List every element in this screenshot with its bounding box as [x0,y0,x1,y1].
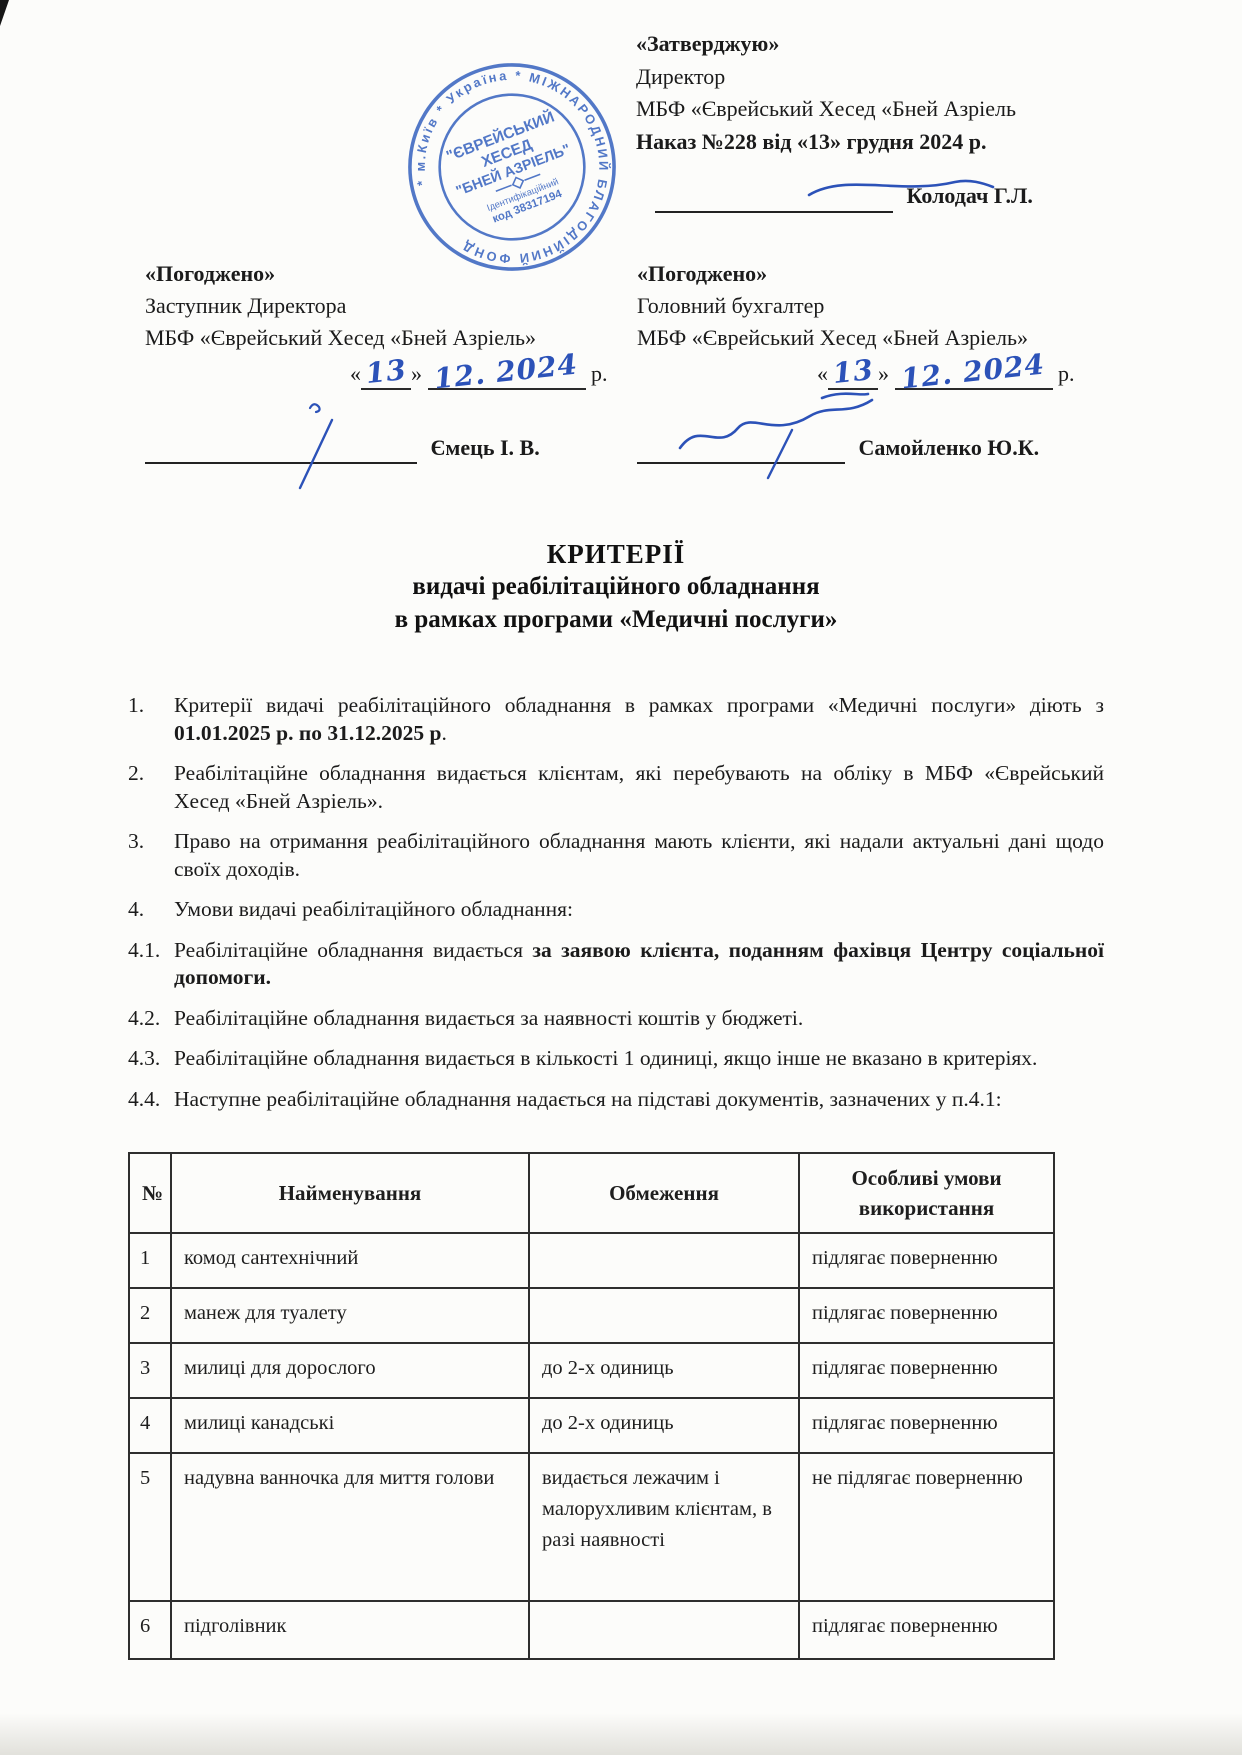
item-text-normal: Реабілітаційне обладнання видається за н… [174,1006,803,1030]
criteria-list: 1. Критерії видачі реабілітаційного обла… [128,692,1104,1113]
item-text-normal: Умови видачі реабілітаційного обладнання… [174,897,573,921]
signature-rule [145,438,417,464]
item-number: 4.2. [128,1005,174,1033]
cell-name: манеж для туалету [171,1288,529,1343]
scan-corner-artifact [0,0,9,26]
table-row: 1 комод сантехнічний підлягає поверненню [129,1233,1054,1288]
quote-open: « [817,361,828,386]
cell-terms: підлягає поверненню [799,1601,1054,1659]
item-number: 4.3. [128,1045,174,1073]
cell-name: милиці для дорослого [171,1343,529,1398]
handwritten-day: 13 [364,354,408,390]
item-number: 4.4. [128,1086,174,1114]
list-item: 4.1. Реабілітаційне обладнання видається… [128,937,1104,992]
approve-order: Наказ №228 від «13» грудня 2024 р. [636,126,1066,159]
agreed-org: МБФ «Єврейський Хесед «Бней Азріель» [145,322,615,354]
list-item: 4.4. Наступне реабілітаційне обладнання … [128,1086,1104,1114]
list-item: 1. Критерії видачі реабілітаційного обла… [128,692,1104,747]
cell-limit: видається лежачим і малорухливим клієнта… [529,1453,799,1601]
item-text-normal: Критерії видачі реабілітаційного обладна… [174,693,1104,717]
item-text-bold: 01.01.2025 р. по 31.12.2025 р [174,721,441,745]
table-row: 3 милиці для дорослого до 2-х одиниць пі… [129,1343,1054,1398]
handwritten-month-year: 12. 2024 [433,349,580,396]
approve-signature-line: Колодач Г.Л. [655,180,1066,213]
item-text: Реабілітаційне обладнання видається за н… [174,1005,1104,1033]
approve-label: «Затверджую» [636,28,1066,61]
table-row: 4 милиці канадські до 2-х одиниць підляг… [129,1398,1054,1453]
cell-terms: підлягає поверненню [799,1343,1054,1398]
cell-terms: підлягає поверненню [799,1398,1054,1453]
item-text: Реабілітаційне обладнання видається в кі… [174,1045,1104,1073]
item-text-normal: Реабілітаційне обладнання видається кліє… [174,761,1104,813]
cell-number: 4 [129,1398,171,1453]
approve-signer-name: Колодач Г.Л. [907,183,1033,208]
handwritten-day: 13 [831,354,875,390]
agreed-signer-name: Самойленко Ю.К. [859,435,1040,460]
quote-open: « [350,361,361,386]
scan-bottom-shading [0,1713,1242,1755]
document-title: КРИТЕРІЇ видачі реабілітаційного обладна… [128,538,1104,636]
cell-limit [529,1601,799,1659]
handwritten-signature [672,386,882,481]
approve-org: МБФ «Єврейський Хесед «Бней Азріель [636,93,1066,126]
item-text: Реабілітаційне обладнання видається кліє… [174,760,1104,815]
cell-number: 5 [129,1453,171,1601]
header-name: Найменування [171,1153,529,1233]
cell-terms: підлягає поверненню [799,1288,1054,1343]
agreed-label: «Погоджено» [637,258,1107,290]
item-text: Реабілітаційне обладнання видається за з… [174,937,1104,992]
agreed-left-block: «Погоджено» Заступник Директора МБФ «Євр… [145,258,615,488]
cell-name: підголівник [171,1601,529,1659]
cell-name: надувна ванночка для миття голови [171,1453,529,1601]
title-line1: КРИТЕРІЇ [128,538,1104,570]
scanned-document-page: { "approve_block": { "label": "«Затвердж… [0,0,1242,1755]
agreed-date-line: «13» 12. 2024 р. [350,358,615,390]
item-text-normal: Реабілітаційне обладнання видається [174,938,532,962]
item-number: 1. [128,692,174,747]
agreed-signature-line: Ємець І. В. [145,432,540,464]
cell-limit [529,1288,799,1343]
item-number: 4.1. [128,937,174,992]
agreed-role: Головний бухгалтер [637,290,1107,322]
cell-number: 6 [129,1601,171,1659]
table-row: 5 надувна ванночка для миття голови вида… [129,1453,1054,1601]
signature-rule [655,187,893,213]
list-item: 4.3. Реабілітаційне обладнання видається… [128,1045,1104,1073]
approve-role: Директор [636,61,1066,94]
header-terms: Особливі умови використання [799,1153,1054,1233]
title-line3: в рамках програми «Медичні послуги» [128,603,1104,636]
agreed-signature-line: Самойленко Ю.К. [637,432,1039,464]
item-number: 4. [128,896,174,924]
agreed-right-block: «Погоджено» Головний бухгалтер МБФ «Євре… [637,258,1107,488]
cell-terms: підлягає поверненню [799,1233,1054,1288]
item-text-post: . [441,721,446,745]
agreed-date-line: «13» 12. 2024 р. [817,358,1107,390]
list-item: 4. Умови видачі реабілітаційного обладна… [128,896,1104,924]
signature-rule [637,438,845,464]
date-suffix: р. [1058,361,1075,386]
cell-number: 1 [129,1233,171,1288]
handwritten-month-year: 12. 2024 [900,349,1047,396]
header-number: № [129,1153,171,1233]
cell-name: комод сантехнічний [171,1233,529,1288]
table-row: 2 манеж для туалету підлягає поверненню [129,1288,1054,1343]
date-suffix: р. [591,361,608,386]
item-text: Критерії видачі реабілітаційного обладна… [174,692,1104,747]
cell-name: милиці канадські [171,1398,529,1453]
agreed-label: «Погоджено» [145,258,615,290]
list-item: 3. Право на отримання реабілітаційного о… [128,828,1104,883]
cell-limit [529,1233,799,1288]
cell-number: 2 [129,1288,171,1343]
quote-close: » [878,361,889,386]
equipment-table: № Найменування Обмеження Особливі умови … [128,1152,1055,1660]
item-text-normal: Реабілітаційне обладнання видається в кі… [174,1046,1037,1070]
item-text-normal: Право на отримання реабілітаційного обла… [174,829,1104,881]
cell-terms: не підлягає поверненню [799,1453,1054,1601]
item-text: Наступне реабілітаційне обладнання надає… [174,1086,1104,1114]
agreed-signer-name: Ємець І. В. [431,435,540,460]
cell-number: 3 [129,1343,171,1398]
cell-limit: до 2-х одиниць [529,1398,799,1453]
list-item: 2. Реабілітаційне обладнання видається к… [128,760,1104,815]
cell-limit: до 2-х одиниць [529,1343,799,1398]
document-body: КРИТЕРІЇ видачі реабілітаційного обладна… [128,538,1104,1660]
item-number: 2. [128,760,174,815]
item-text-normal: Наступне реабілітаційне обладнання надає… [174,1087,1002,1111]
item-number: 3. [128,828,174,883]
approve-block: «Затверджую» Директор МБФ «Єврейський Хе… [636,28,1066,213]
quote-close: » [411,361,422,386]
list-item: 4.2. Реабілітаційне обладнання видається… [128,1005,1104,1033]
table-row: 6 підголівник підлягає поверненню [129,1601,1054,1659]
header-limit: Обмеження [529,1153,799,1233]
organization-round-seal-stamp: * м.Київ * Україна * МІЖНАРОДНИЙ БЛАГОДІ… [403,58,621,276]
title-line2: видачі реабілітаційного обладнання [128,570,1104,603]
table-header-row: № Найменування Обмеження Особливі умови … [129,1153,1054,1233]
item-text: Умови видачі реабілітаційного обладнання… [174,896,1104,924]
handwritten-signature [270,402,360,492]
agreed-role: Заступник Директора [145,290,615,322]
item-text: Право на отримання реабілітаційного обла… [174,828,1104,883]
